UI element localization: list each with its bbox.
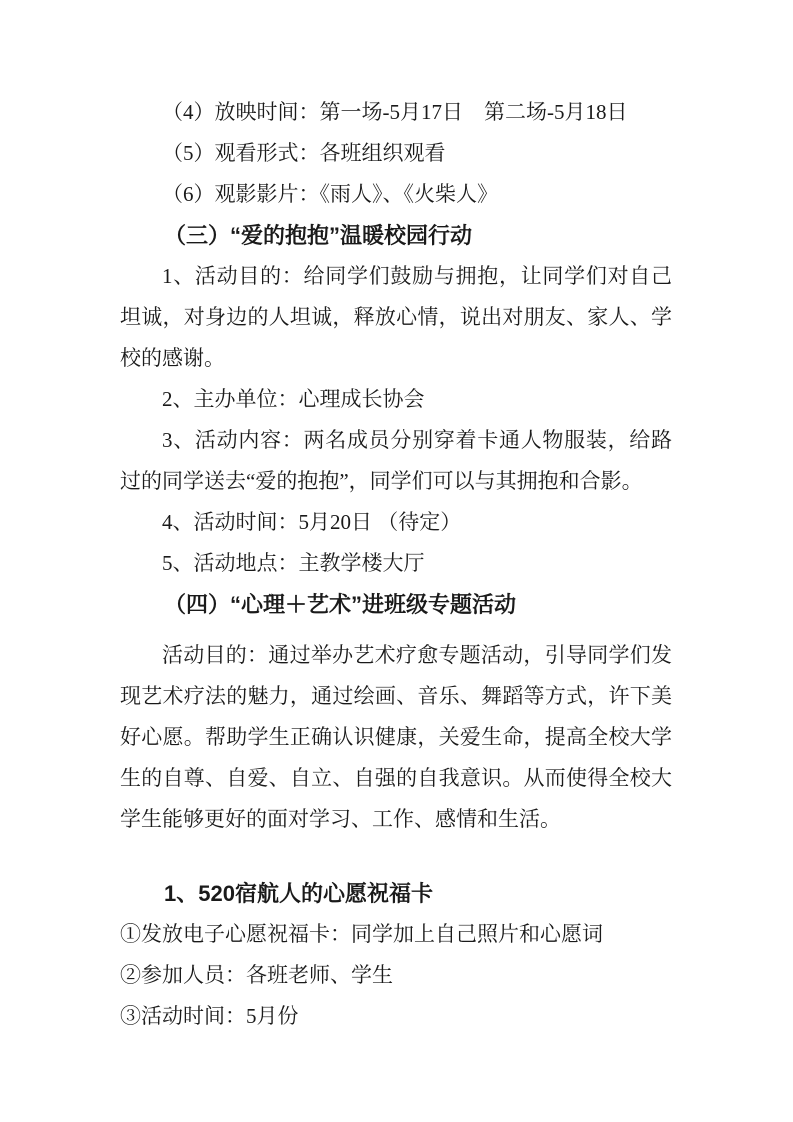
doc-paragraph-content-3: 3、活动内容：两名成员分别穿着卡通人物服装，给路过的同学送去“爱的抱抱”，同学们… xyxy=(120,420,672,502)
doc-paragraph-purpose-3: 1、活动目的：给同学们鼓励与拥抱，让同学们对自己坦诚，对身边的人坦诚，释放心情，… xyxy=(120,256,672,379)
subsection-heading-1: 1、520宿航人的心愿祝福卡 xyxy=(120,873,672,914)
doc-paragraph-purpose-4: 活动目的：通过举办艺术疗愈专题活动，引导同学们发现艺术疗法的魅力，通过绘画、音乐… xyxy=(120,635,672,840)
doc-line-step-1: ①发放电子心愿祝福卡：同学加上自己照片和心愿词 xyxy=(120,914,672,955)
doc-line-item-6: （6）观影影片：《雨人》、《火柴人》 xyxy=(120,174,672,215)
doc-line-time-3: 4、活动时间：5月20日 （待定） xyxy=(120,502,672,543)
doc-line-step-3: ③活动时间：5月份 xyxy=(120,996,672,1037)
document-page: （4）放映时间：第一场-5月17日 第二场-5月18日 （5）观看形式：各班组织… xyxy=(0,0,793,1122)
doc-line-organizer: 2、主办单位：心理成长协会 xyxy=(120,379,672,420)
section-heading-3: （三）“爱的抱抱”温暖校园行动 xyxy=(120,215,672,256)
doc-line-item-5: （5）观看形式：各班组织观看 xyxy=(120,133,672,174)
doc-line-step-2: ②参加人员：各班老师、学生 xyxy=(120,955,672,996)
doc-line-item-4: （4）放映时间：第一场-5月17日 第二场-5月18日 xyxy=(120,92,672,133)
section-heading-4: （四）“心理＋艺术”进班级专题活动 xyxy=(120,584,672,625)
doc-line-place-3: 5、活动地点：主教学楼大厅 xyxy=(120,543,672,584)
